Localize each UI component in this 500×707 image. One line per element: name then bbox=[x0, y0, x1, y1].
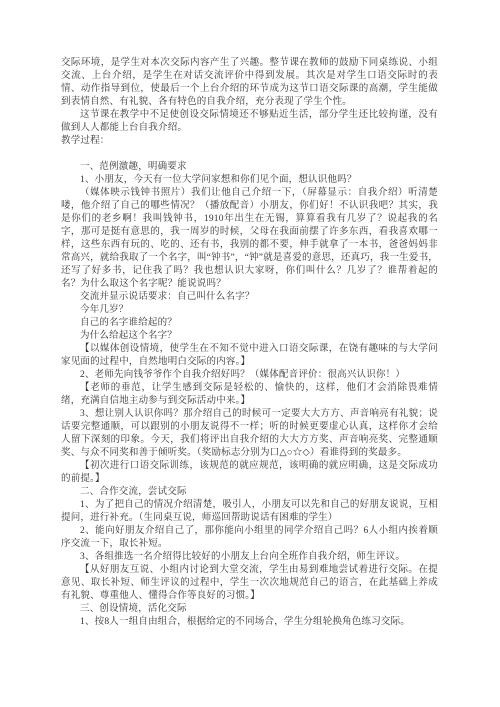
paragraph: 这节课在教学中不足使创设交际情境还不够贴近生活，部分学生还比较拘谨，没有做到人人… bbox=[61, 109, 438, 135]
paragraph: 3、想让别人认识你吗？那介绍自己的时候可一定要大大方方、声音响亮有礼貌；说话要完… bbox=[61, 408, 438, 460]
paragraph: 3、各组推选一名介绍得比较好的小朋友上台向全班作自我介绍，师生评议。 bbox=[61, 551, 438, 564]
paragraph: 2、老师先向钱爷爷作个自我介绍好吗？（媒体配音评价：很高兴认识你！） bbox=[61, 369, 438, 382]
section-heading: 二、合作交流，尝试交际 bbox=[61, 486, 438, 499]
paragraph: 交流并显示说话要求：自己叫什么名字？ bbox=[61, 291, 438, 304]
paragraph: 1、小朋友，今天有一位大学问家想和你们见个面，想认识他吗？ bbox=[61, 174, 438, 187]
paragraph: 交际环境，是学生对本次交际内容产生了兴趣。整节课在教师的鼓励下同桌练说、小组交流… bbox=[61, 57, 438, 109]
paragraph: 自己的名字谁给起的？ bbox=[61, 317, 438, 330]
paragraph: 1、按8人一组自由组合，根据给定的不同场合，学生分组轮换角色练习交际。 bbox=[61, 616, 438, 629]
bracket-note-paragraph: 【从好朋友互说、小组内讨论到大堂交流，学生由易到难地尝试着进行交际。在提意见、取… bbox=[61, 564, 438, 603]
document-body: 交际环境，是学生对本次交际内容产生了兴趣。整节课在教师的鼓励下同桌练说、小组交流… bbox=[61, 57, 438, 629]
paragraph: 2、能向好朋友介绍自己了，那你能向小组里的同学介绍自己吗？6人小组内挨着顺序交流… bbox=[61, 525, 438, 551]
blank-line bbox=[61, 148, 438, 161]
paragraph: 教学过程： bbox=[61, 135, 438, 148]
paragraph: （媒体映示钱钟书照片）我们让他自己介绍一下，（屏幕显示：自我介绍）听清楚喽，他介… bbox=[61, 187, 438, 291]
section-heading: 三、创设情境，活化交际 bbox=[61, 603, 438, 616]
document-page: 交际环境，是学生对本次交际内容产生了兴趣。整节课在教师的鼓励下同桌练说、小组交流… bbox=[0, 0, 500, 707]
section-heading: 一、范例激趣，明确要求 bbox=[61, 161, 438, 174]
paragraph: 1、为了把自己的情况介绍清楚，吸引人，小朋友可以先和自己的好朋友说说，互相提问，… bbox=[61, 499, 438, 525]
bracket-note-paragraph: 【老师的垂范，让学生感到交际是轻松的、愉快的，这样，他们才会消除畏难情绪，充满自… bbox=[61, 382, 438, 408]
paragraph: 今年几岁？ bbox=[61, 304, 438, 317]
paragraph: 为什么给起这个名字？ bbox=[61, 330, 438, 343]
bracket-note-paragraph: 【初次进行口语交际训练，该规范的就应规范，该明确的就应明确，这是交际成功的前提。… bbox=[61, 460, 438, 486]
bracket-note-paragraph: 【以媒体创设情境，使学生在不知不觉中进入口语交际课，在饶有趣味的与大学问家见面的… bbox=[61, 343, 438, 369]
